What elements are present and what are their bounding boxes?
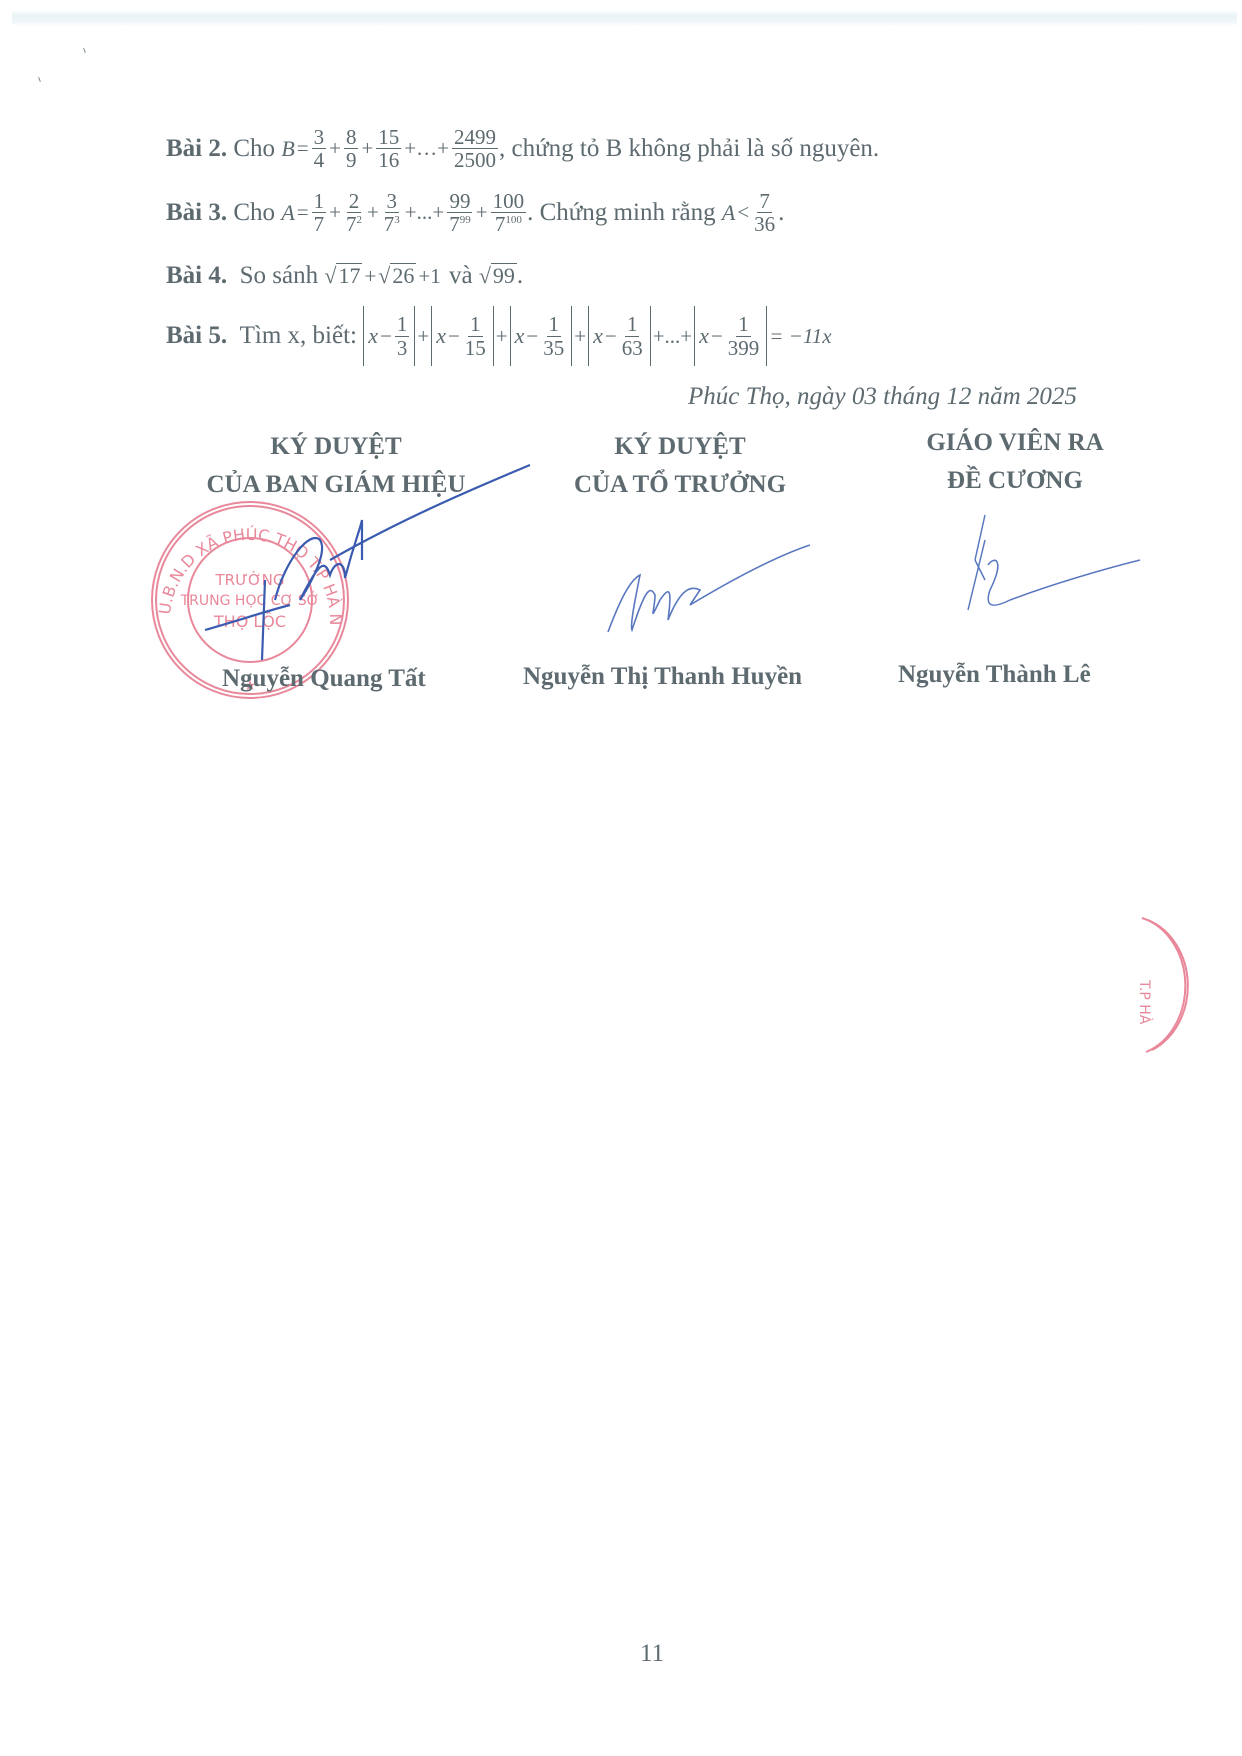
head-signature [608, 545, 810, 632]
signer-name-teacher: Nguyễn Thành Lê [898, 661, 1091, 689]
stamp-line: TRƯỜNG [215, 570, 285, 589]
signer-name-head: Nguyễn Thị Thanh Huyền [523, 663, 802, 691]
signer-name-principal: Nguyễn Quang Tất [222, 665, 426, 693]
stamp-outer-text: U.B.N.D XÃ PHÚC THỌ T.P HÀ NỘI [0, 0, 345, 625]
stamp-and-signatures: U.B.N.D XÃ PHÚC THỌ T.P HÀ NỘI TRƯỜNG TR… [0, 0, 1242, 1756]
teacher-signature [968, 515, 1140, 610]
stamp-line: TRUNG HỌC CƠ SỞ [180, 590, 320, 609]
page-number: 11 [640, 1640, 664, 1668]
partial-stamp-text: T.P HÀ [1136, 979, 1153, 1025]
stamp-line: THỌ LỘC [213, 612, 286, 631]
